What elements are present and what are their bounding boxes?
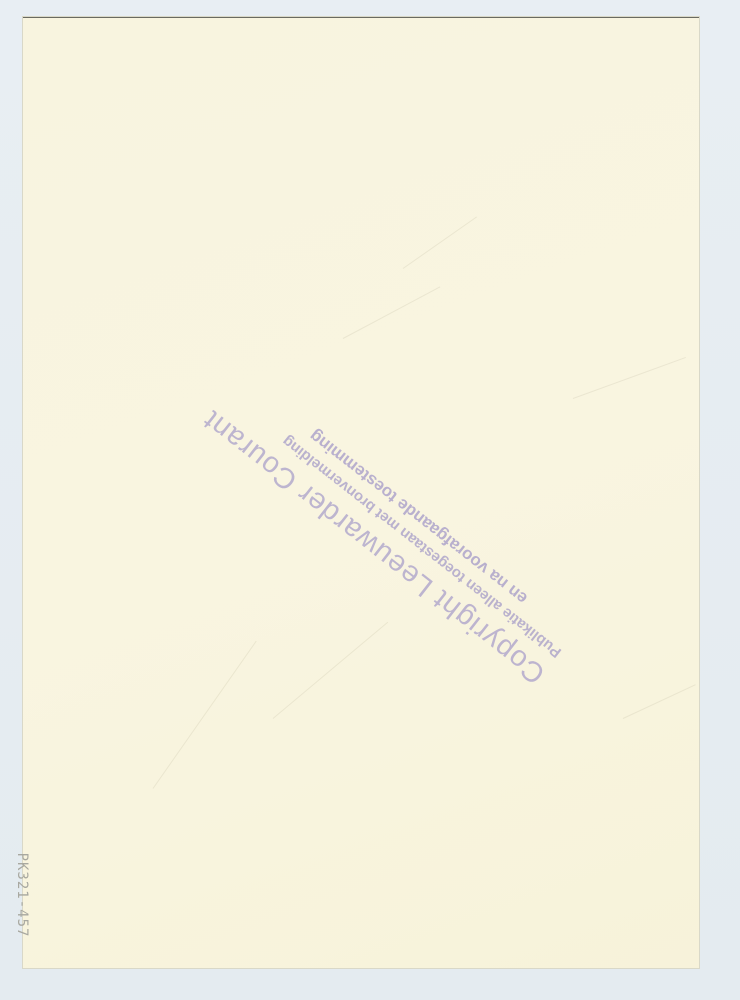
paper-scratch <box>153 641 257 789</box>
paper-scratch <box>403 216 477 268</box>
paper-scratch <box>623 684 696 719</box>
paper-scratch <box>343 286 441 339</box>
handwritten-archive-id: PK321-457 <box>14 825 30 965</box>
paper-scratch <box>573 357 686 399</box>
paper-scratch <box>273 622 389 719</box>
